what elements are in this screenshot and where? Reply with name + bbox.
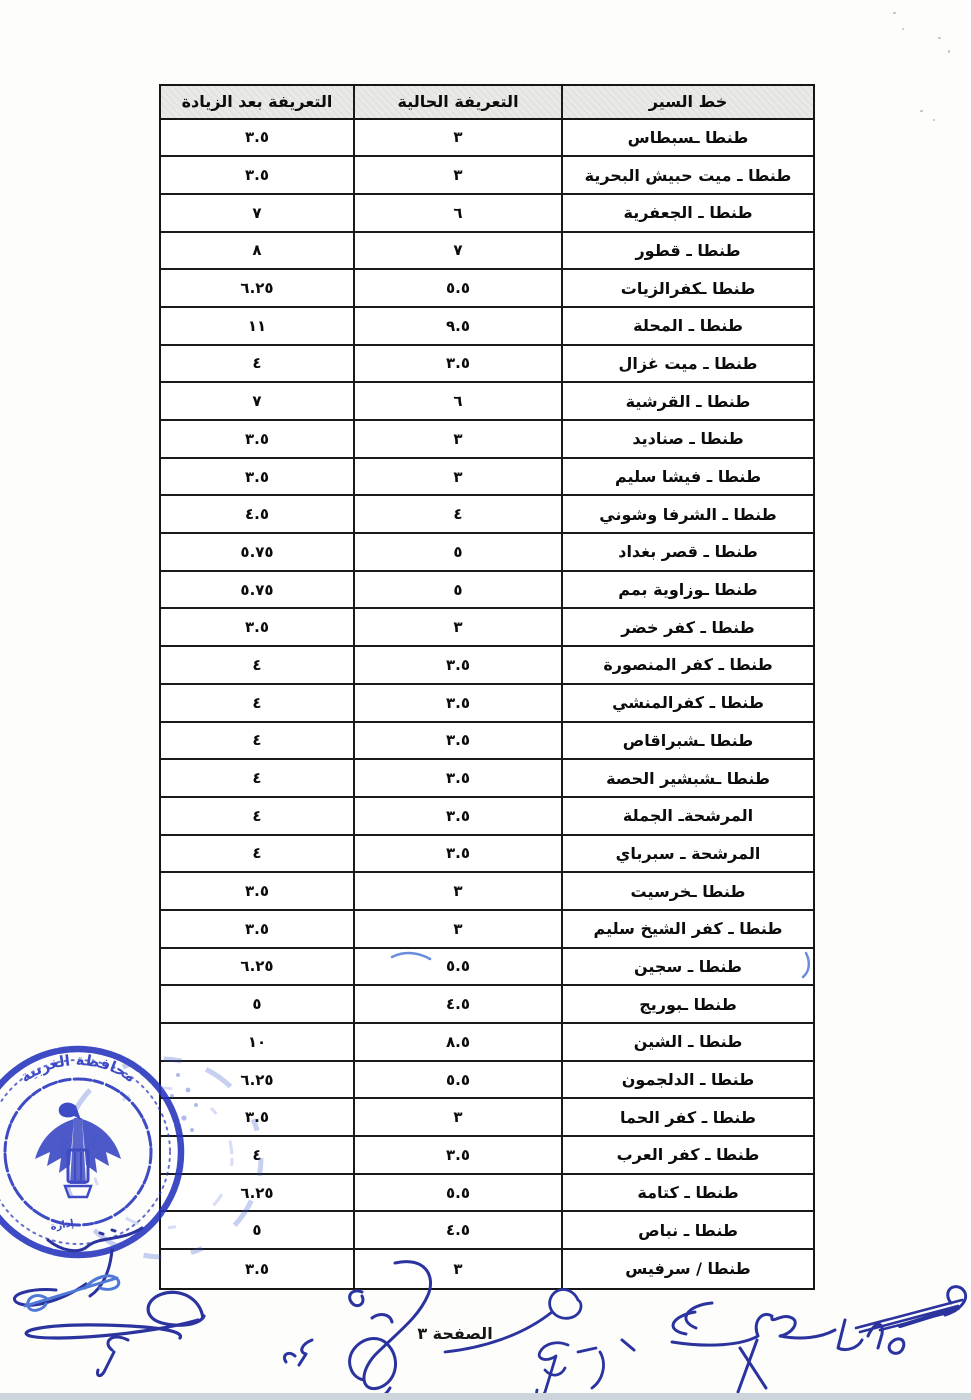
route-cell: طنطا ـ الدلجمون xyxy=(561,1062,813,1100)
route-cell: طنطا ـوزاوية بمم xyxy=(561,572,813,610)
stamp-inner-ring xyxy=(5,1079,151,1225)
after-increase-tariff-cell: ٣.٥ xyxy=(161,120,353,158)
signature-right xyxy=(622,1287,966,1392)
current-tariff-cell: ٣.٥ xyxy=(353,760,561,798)
after-increase-tariff-cell: ٤ xyxy=(161,836,353,874)
current-tariff-cell: ٣ xyxy=(353,120,561,158)
route-cell: طنطا ـ القرشية xyxy=(561,383,813,421)
stamp-admin-text: إدارة xyxy=(50,1218,75,1233)
current-tariff-cell: ٣.٥ xyxy=(353,685,561,723)
route-cell: طنطا ـ الشرفا وشوني xyxy=(561,496,813,534)
scan-speck xyxy=(933,119,935,121)
current-tariff-cell: ٤.٥ xyxy=(353,1212,561,1250)
after-increase-tariff-cell: ٨ xyxy=(161,233,353,271)
current-tariff-cell: ٣.٥ xyxy=(353,836,561,874)
route-cell: طنطا ـبوريج xyxy=(561,986,813,1024)
scan-speck xyxy=(948,50,950,53)
current-tariff-cell: ٣ xyxy=(353,459,561,497)
current-tariff-cell: ٥.٥ xyxy=(353,1062,561,1100)
table-row: المرشحة ـ سبرباي ٣.٥ ٤ xyxy=(161,836,813,874)
table-row: طنطا ـ سجين ٥.٥ ٦.٢٥ xyxy=(161,949,813,987)
after-increase-tariff-cell: ٧ xyxy=(161,383,353,421)
route-cell: طنطا ـكفرالزيات xyxy=(561,270,813,308)
after-increase-tariff-cell: ٣.٥ xyxy=(161,911,353,949)
eagle-emblem-icon xyxy=(35,1103,121,1197)
route-cell: طنطا / سرفيس xyxy=(561,1250,813,1288)
after-increase-tariff-cell: ٧ xyxy=(161,195,353,233)
after-increase-tariff-cell: ٦.٢٥ xyxy=(161,270,353,308)
after-increase-tariff-cell: ١١ xyxy=(161,308,353,346)
after-increase-tariff-cell: ٥.٧٥ xyxy=(161,572,353,610)
table-row: طنطا ـ كفرالمنشي ٣.٥ ٤ xyxy=(161,685,813,723)
table-row: طنطا ـ نباص ٤.٥ ٥ xyxy=(161,1212,813,1250)
route-cell: طنطا ـ كفر العرب xyxy=(561,1137,813,1175)
current-tariff-cell: ٣ xyxy=(353,1099,561,1137)
current-tariff-cell: ٥.٥ xyxy=(353,949,561,987)
current-tariff-cell: ٣ xyxy=(353,609,561,647)
current-tariff-cell: ٤.٥ xyxy=(353,986,561,1024)
route-cell: طنطا ـ الجعفرية xyxy=(561,195,813,233)
route-cell: طنطا ـسبطاس xyxy=(561,120,813,158)
scan-speck xyxy=(920,110,923,112)
route-cell: طنطا ـ ميت غزال xyxy=(561,346,813,384)
page-number-label: الصفحة ٣ xyxy=(405,1324,505,1343)
route-cell: طنطا ـ سجين xyxy=(561,949,813,987)
table-row: طنطا ـ كفر خضر ٣ ٣.٥ xyxy=(161,609,813,647)
route-cell: طنطا ـ كفر المنصورة xyxy=(561,647,813,685)
current-tariff-cell: ٥.٥ xyxy=(353,270,561,308)
tariff-table: خط السير التعريفة الحالية التعريفة بعد ا… xyxy=(159,84,815,1290)
current-tariff-cell: ٧ xyxy=(353,233,561,271)
table-row: طنطا ـكفرالزيات ٥.٥ ٦.٢٥ xyxy=(161,270,813,308)
signature-center xyxy=(445,1290,603,1397)
after-increase-tariff-cell: ٣.٥ xyxy=(161,421,353,459)
table-row: طنطا ـ ميت حبيش البحرية ٣ ٣.٥ xyxy=(161,157,813,195)
table-row: طنطا ـ المحلة ٩.٥ ١١ xyxy=(161,308,813,346)
after-increase-tariff-cell: ٣.٥ xyxy=(161,157,353,195)
after-increase-tariff-cell: ٣.٥ xyxy=(161,459,353,497)
current-tariff-cell: ٣ xyxy=(353,873,561,911)
table-row: طنطا ـسبطاس ٣ ٣.٥ xyxy=(161,120,813,158)
signature-stamp-area xyxy=(14,1228,142,1305)
route-cell: طنطا ـ قطور xyxy=(561,233,813,271)
route-cell: طنطا ـ كفر خضر xyxy=(561,609,813,647)
current-tariff-cell: ٣.٥ xyxy=(353,798,561,836)
scan-speck xyxy=(893,12,896,14)
current-tariff-cell: ٣ xyxy=(353,911,561,949)
current-tariff-cell: ٥ xyxy=(353,534,561,572)
current-tariff-cell: ٣.٥ xyxy=(353,1137,561,1175)
table-row: المرشحةـ الجملة ٣.٥ ٤ xyxy=(161,798,813,836)
after-increase-tariff-cell: ٤ xyxy=(161,1137,353,1175)
scan-speck xyxy=(938,37,941,39)
after-increase-tariff-cell: ١٠ xyxy=(161,1024,353,1062)
header-route: خط السير xyxy=(561,86,813,120)
current-tariff-cell: ٥.٥ xyxy=(353,1175,561,1213)
table-row: طنطا ـخرسيت ٣ ٣.٥ xyxy=(161,873,813,911)
after-increase-tariff-cell: ٤ xyxy=(161,685,353,723)
route-cell: طنطا ـ الشين xyxy=(561,1024,813,1062)
table-row: طنطا ـوزاوية بمم ٥ ٥.٧٥ xyxy=(161,572,813,610)
after-increase-tariff-cell: ٥ xyxy=(161,986,353,1024)
route-cell: طنطا ـشبراقاص xyxy=(561,723,813,761)
route-cell: طنطا ـ صناديد xyxy=(561,421,813,459)
signature-bottom-left xyxy=(25,1276,204,1376)
scan-speck xyxy=(902,28,904,30)
route-cell: طنطا ـ كتامة xyxy=(561,1175,813,1213)
after-increase-tariff-cell: ٦.٢٥ xyxy=(161,949,353,987)
after-increase-tariff-cell: ٤ xyxy=(161,723,353,761)
current-tariff-cell: ٥ xyxy=(353,572,561,610)
table-row: طنطا ـ صناديد ٣ ٣.٥ xyxy=(161,421,813,459)
after-increase-tariff-cell: ٤ xyxy=(161,798,353,836)
table-row: طنطا ـ كفر الشيخ سليم ٣ ٣.٥ xyxy=(161,911,813,949)
table-row: طنطا ـ كفر المنصورة ٣.٥ ٤ xyxy=(161,647,813,685)
after-increase-tariff-cell: ٤ xyxy=(161,346,353,384)
current-tariff-cell: ٣.٥ xyxy=(353,346,561,384)
route-cell: طنطا ـ نباص xyxy=(561,1212,813,1250)
after-increase-tariff-cell: ٦.٢٥ xyxy=(161,1062,353,1100)
table-row: طنطا ـ الدلجمون ٥.٥ ٦.٢٥ xyxy=(161,1062,813,1100)
after-increase-tariff-cell: ٣.٥ xyxy=(161,1099,353,1137)
after-increase-tariff-cell: ٤.٥ xyxy=(161,496,353,534)
table-row: طنطا ـشبشير الحصة ٣.٥ ٤ xyxy=(161,760,813,798)
after-increase-tariff-cell: ٤ xyxy=(161,647,353,685)
scan-bottom-edge xyxy=(0,1393,971,1400)
table-row: طنطا ـ القرشية ٦ ٧ xyxy=(161,383,813,421)
after-increase-tariff-cell: ٣.٥ xyxy=(161,609,353,647)
route-cell: طنطا ـ ميت حبيش البحرية xyxy=(561,157,813,195)
after-increase-tariff-cell: ٣.٥ xyxy=(161,873,353,911)
route-cell: طنطا ـ كفرالمنشي xyxy=(561,685,813,723)
table-row: طنطا ـ ميت غزال ٣.٥ ٤ xyxy=(161,346,813,384)
stamp-outer-ring xyxy=(0,1049,181,1255)
route-cell: طنطا ـ كفر الحما xyxy=(561,1099,813,1137)
stamp-deco-ring xyxy=(0,1060,170,1244)
current-tariff-cell: ٣.٥ xyxy=(353,647,561,685)
svg-text:محافظة الغربية: محافظة الغربية xyxy=(17,1051,139,1086)
route-cell: طنطا ـ قصر بغداد xyxy=(561,534,813,572)
table-row: طنطا ـ فيشا سليم ٣ ٣.٥ xyxy=(161,459,813,497)
after-increase-tariff-cell: ٣.٥ xyxy=(161,1250,353,1288)
header-after-increase-tariff: التعريفة بعد الزيادة xyxy=(161,86,353,120)
current-tariff-cell: ٣.٥ xyxy=(353,723,561,761)
current-tariff-cell: ٣ xyxy=(353,421,561,459)
current-tariff-cell: ٣ xyxy=(353,157,561,195)
current-tariff-cell: ٨.٥ xyxy=(353,1024,561,1062)
table-row: طنطا ـ كفر الحما ٣ ٣.٥ xyxy=(161,1099,813,1137)
current-tariff-cell: ٦ xyxy=(353,383,561,421)
current-tariff-cell: ٣ xyxy=(353,1250,561,1288)
route-cell: المرشحةـ الجملة xyxy=(561,798,813,836)
table-body: طنطا ـسبطاس ٣ ٣.٥ طنطا ـ ميت حبيش البحري… xyxy=(161,120,813,1288)
route-cell: طنطا ـ فيشا سليم xyxy=(561,459,813,497)
table-row: طنطا ـبوريج ٤.٥ ٥ xyxy=(161,986,813,1024)
route-cell: طنطا ـشبشير الحصة xyxy=(561,760,813,798)
table-row: طنطا ـ الشرفا وشوني ٤ ٤.٥ xyxy=(161,496,813,534)
after-increase-tariff-cell: ٤ xyxy=(161,760,353,798)
route-cell: المرشحة ـ سبرباي xyxy=(561,836,813,874)
after-increase-tariff-cell: ٥.٧٥ xyxy=(161,534,353,572)
current-tariff-cell: ٦ xyxy=(353,195,561,233)
table-row: طنطا ـ قطور ٧ ٨ xyxy=(161,233,813,271)
route-cell: طنطا ـ المحلة xyxy=(561,308,813,346)
after-increase-tariff-cell: ٥ xyxy=(161,1212,353,1250)
table-row: طنطا ـ كتامة ٥.٥ ٦.٢٥ xyxy=(161,1175,813,1213)
table-row: طنطا ـ الجعفرية ٦ ٧ xyxy=(161,195,813,233)
header-current-tariff: التعريفة الحالية xyxy=(353,86,561,120)
stamp-top-text: محافظة الغربية xyxy=(17,1051,139,1086)
table-header-row: خط السير التعريفة الحالية التعريفة بعد ا… xyxy=(161,86,813,120)
table-row: طنطا ـ قصر بغداد ٥ ٥.٧٥ xyxy=(161,534,813,572)
table-row: طنطا / سرفيس ٣ ٣.٥ xyxy=(161,1250,813,1288)
current-tariff-cell: ٤ xyxy=(353,496,561,534)
route-cell: طنطا ـ كفر الشيخ سليم xyxy=(561,911,813,949)
after-increase-tariff-cell: ٦.٢٥ xyxy=(161,1175,353,1213)
table-row: طنطا ـ كفر العرب ٣.٥ ٤ xyxy=(161,1137,813,1175)
current-tariff-cell: ٩.٥ xyxy=(353,308,561,346)
table-row: طنطا ـ الشين ٨.٥ ١٠ xyxy=(161,1024,813,1062)
route-cell: طنطا ـخرسيت xyxy=(561,873,813,911)
table-row: طنطا ـشبراقاص ٣.٥ ٤ xyxy=(161,723,813,761)
